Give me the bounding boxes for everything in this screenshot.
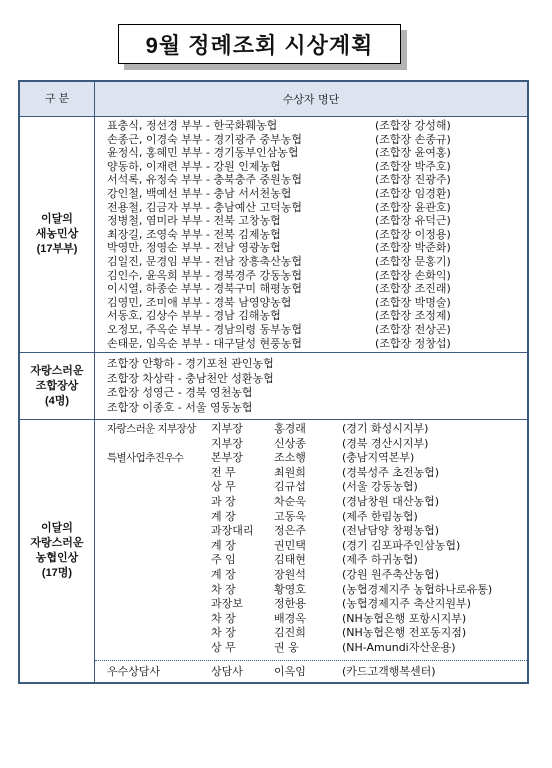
name-text: 권 웅 bbox=[274, 641, 342, 656]
name-text: 정한용 bbox=[274, 597, 342, 612]
name-text: 배경옥 bbox=[274, 612, 342, 627]
couple-text: 서동호, 김상수 부부 - 경남 김해농협 bbox=[107, 309, 375, 323]
position-text: 전 무 bbox=[211, 466, 274, 481]
chair-text: (조합장 손종규) bbox=[375, 133, 451, 147]
list-item: 계 장고동욱(제주 한림농협) bbox=[107, 510, 527, 525]
couple-text: 양동하, 이재련 부부 - 강원 인제농협 bbox=[107, 160, 375, 174]
table-row-nh-person-award: 이달의 자랑스러운 농협인상 (17명) 자랑스러운 지부장상지부장홍경래(경기… bbox=[19, 420, 528, 683]
list-item: 특별사업추진우수본부장조소행(충남지역본부) bbox=[107, 451, 527, 466]
category-new-farmer-award: 이달의 새농민상 (17부부) bbox=[19, 117, 95, 353]
org-text: (NH-Amundi자산운용) bbox=[342, 641, 456, 656]
chair-text: (조합장 진광주) bbox=[375, 173, 451, 187]
list-item: 정병철, 염미라 부부 - 전북 고창농협(조합장 유덕근) bbox=[107, 214, 527, 228]
list-item: 조합장 이종호 - 서울 영동농협 bbox=[107, 401, 527, 416]
name-text: 최원희 bbox=[274, 466, 342, 481]
org-text: (서울 강동농협) bbox=[342, 480, 418, 495]
chair-text: (조합장 이정용) bbox=[375, 228, 451, 242]
chair-text: (조합장 박준화) bbox=[375, 241, 451, 255]
group-text bbox=[107, 626, 211, 641]
category-label-line: 농협인상 bbox=[20, 551, 94, 566]
list-item: 강인철, 백예선 부부 - 충남 서서천농협(조합장 임경환) bbox=[107, 187, 527, 201]
chair-text: (조합장 전상곤) bbox=[375, 323, 451, 337]
group-text bbox=[107, 583, 211, 598]
list-item: 손태문, 임옥순 부부 - 대구달성 현풍농협(조합장 정창섭) bbox=[107, 337, 527, 351]
chair-text: (조합장 조정제) bbox=[375, 309, 451, 323]
list-item: 전 무최원희(경북성주 초전농협) bbox=[107, 466, 527, 481]
org-text: (NH농협은행 포항시지부) bbox=[342, 612, 466, 627]
list-item: 표충식, 정선경 부부 - 한국화훼농협(조합장 강성해) bbox=[107, 119, 527, 133]
list-item: 전용철, 김금자 부부 - 충남예산 고덕농협(조합장 윤관호) bbox=[107, 201, 527, 215]
page-title: 9월 정례조회 시상계획 bbox=[118, 24, 401, 64]
group-text: 특별사업추진우수 bbox=[107, 451, 211, 466]
position-text: 계 장 bbox=[211, 539, 274, 554]
list-item: 지부장신상종(경북 경산시지부) bbox=[107, 437, 527, 452]
position-text: 계 장 bbox=[211, 510, 274, 525]
group-text bbox=[107, 495, 211, 510]
list-item: 주 임김태현(제주 하귀농협) bbox=[107, 553, 527, 568]
list-item: 계 장장원석(강원 원주축산농협) bbox=[107, 568, 527, 583]
group-text bbox=[107, 612, 211, 627]
org-text: (경남창원 대산농협) bbox=[342, 495, 439, 510]
org-text: (전남담양 창평농협) bbox=[342, 524, 439, 539]
table-header-row: 구 분 수상자 명단 bbox=[19, 81, 528, 117]
name-text: 황영호 bbox=[274, 583, 342, 598]
table-row-chairman-award: 자랑스러운 조합장상 (4명) 조합장 안황하 - 경기포천 관인농협 조합장 … bbox=[19, 353, 528, 420]
couple-text: 최장길, 조영숙 부부 - 전북 김제농협 bbox=[107, 228, 375, 242]
position-text: 주 임 bbox=[211, 553, 274, 568]
position-text: 상담사 bbox=[211, 664, 274, 680]
couple-text: 김인수, 윤옥희 부부 - 경북경주 강동농협 bbox=[107, 269, 375, 283]
org-text: (카드고객행복센터) bbox=[342, 664, 436, 680]
org-text: (경기 김포파주인삼농협) bbox=[342, 539, 460, 554]
chair-text: (조합장 강성해) bbox=[375, 119, 451, 133]
position-text: 상 무 bbox=[211, 480, 274, 495]
org-text: (NH농협은행 전포동지점) bbox=[342, 626, 466, 641]
category-count: (17부부) bbox=[20, 242, 94, 257]
list-item: 조합장 차상락 - 충남천안 성환농협 bbox=[107, 372, 527, 387]
group-text bbox=[107, 597, 211, 612]
list-item: 과 장차순욱(경남창원 대산농협) bbox=[107, 495, 527, 510]
position-text: 지부장 bbox=[211, 422, 274, 437]
position-text: 과장보 bbox=[211, 597, 274, 612]
list-item: 양동하, 이재련 부부 - 강원 인제농협(조합장 박주호) bbox=[107, 160, 527, 174]
name-text: 고동욱 bbox=[274, 510, 342, 525]
category-label-line: 이달의 bbox=[20, 212, 94, 227]
position-text: 차 장 bbox=[211, 583, 274, 598]
couple-text: 서석록, 유정숙 부부 - 충북충주 중원농협 bbox=[107, 173, 375, 187]
group-text: 우수상담사 bbox=[107, 664, 211, 680]
category-label-line: 자랑스러운 bbox=[20, 364, 94, 379]
category-count: (17명) bbox=[20, 566, 94, 581]
chairman-list: 조합장 안황하 - 경기포천 관인농협 조합장 차상락 - 충남천안 성환농협 … bbox=[95, 353, 529, 420]
couple-text: 정병철, 염미라 부부 - 전북 고창농협 bbox=[107, 214, 375, 228]
list-item: 과장대리정은주(전남담양 창평농협) bbox=[107, 524, 527, 539]
category-count: (4명) bbox=[20, 394, 94, 409]
header-recipients: 수상자 명단 bbox=[95, 81, 529, 117]
name-text: 장원석 bbox=[274, 568, 342, 583]
category-label-line: 이달의 bbox=[20, 521, 94, 536]
position-text: 계 장 bbox=[211, 568, 274, 583]
group-text bbox=[107, 641, 211, 656]
list-item: 차 장배경옥(NH농협은행 포항시지부) bbox=[107, 612, 527, 627]
list-item: 윤정식, 홍혜민 부부 - 경기동부인삼농협(조합장 윤여홍) bbox=[107, 146, 527, 160]
name-text: 신상종 bbox=[274, 437, 342, 452]
category-label-line: 자랑스러운 bbox=[20, 536, 94, 551]
org-text: (충남지역본부) bbox=[342, 451, 414, 466]
org-text: (경북성주 초전농협) bbox=[342, 466, 439, 481]
group-text bbox=[107, 524, 211, 539]
name-text: 이옥임 bbox=[274, 664, 342, 680]
couple-text: 전용철, 김금자 부부 - 충남예산 고덕농협 bbox=[107, 201, 375, 215]
category-nh-person-award: 이달의 자랑스러운 농협인상 (17명) bbox=[19, 420, 95, 683]
list-item: 이시열, 하종순 부부 - 경북구미 해평농협(조합장 조진래) bbox=[107, 282, 527, 296]
name-text: 권민택 bbox=[274, 539, 342, 554]
chair-text: (조합장 문홍기) bbox=[375, 255, 451, 269]
org-text: (농협경제지주 농협하나로유통) bbox=[342, 583, 492, 598]
chair-text: (조합장 윤관호) bbox=[375, 201, 451, 215]
header-category: 구 분 bbox=[19, 81, 95, 117]
list-item: 박영만, 정영순 부부 - 전남 영광농협(조합장 박준화) bbox=[107, 241, 527, 255]
group-text bbox=[107, 539, 211, 554]
group-text bbox=[107, 553, 211, 568]
list-item: 오정모, 주옥순 부부 - 경남의령 동부농협(조합장 전상곤) bbox=[107, 323, 527, 337]
org-text: (제주 한림농협) bbox=[342, 510, 418, 525]
couple-text: 이시열, 하종순 부부 - 경북구미 해평농협 bbox=[107, 282, 375, 296]
table-row-new-farmer-award: 이달의 새농민상 (17부부) 표충식, 정선경 부부 - 한국화훼농협(조합장… bbox=[19, 117, 528, 353]
position-text: 상 무 bbox=[211, 641, 274, 656]
couple-text: 김영민, 조미애 부부 - 경북 남영양농협 bbox=[107, 296, 375, 310]
awards-table: 구 분 수상자 명단 이달의 새농민상 (17부부) 표충식, 정선경 부부 -… bbox=[18, 80, 529, 684]
position-text: 과장대리 bbox=[211, 524, 274, 539]
org-text: (경북 경산시지부) bbox=[342, 437, 428, 452]
list-item: 최장길, 조영숙 부부 - 전북 김제농협(조합장 이정용) bbox=[107, 228, 527, 242]
list-item: 우수상담사상담사이옥임(카드고객행복센터) bbox=[107, 664, 527, 680]
category-label-line: 새농민상 bbox=[20, 227, 94, 242]
org-text: (농협경제지주 축산지원부) bbox=[342, 597, 471, 612]
list-item: 손종근, 이경숙 부부 - 경기광주 중부농협(조합장 손종규) bbox=[107, 133, 527, 147]
name-text: 홍경래 bbox=[274, 422, 342, 437]
list-item: 김일진, 문경임 부부 - 전남 장흥축산농협(조합장 문홍기) bbox=[107, 255, 527, 269]
list-item: 상 무김규섭(서울 강동농협) bbox=[107, 480, 527, 495]
list-item: 계 장권민택(경기 김포파주인삼농협) bbox=[107, 539, 527, 554]
group-text bbox=[107, 568, 211, 583]
group-text bbox=[107, 466, 211, 481]
group-text: 자랑스러운 지부장상 bbox=[107, 422, 211, 437]
list-item: 서석록, 유정숙 부부 - 충북충주 중원농협(조합장 진광주) bbox=[107, 173, 527, 187]
list-item: 차 장김진희(NH농협은행 전포동지점) bbox=[107, 626, 527, 641]
counselor-section: 우수상담사상담사이옥임(카드고객행복센터) bbox=[95, 660, 527, 680]
name-text: 조소행 bbox=[274, 451, 342, 466]
list-item: 상 무권 웅(NH-Amundi자산운용) bbox=[107, 641, 527, 656]
chair-text: (조합장 박주호) bbox=[375, 160, 451, 174]
position-text: 차 장 bbox=[211, 626, 274, 641]
name-text: 김규섭 bbox=[274, 480, 342, 495]
org-text: (제주 하귀농협) bbox=[342, 553, 418, 568]
position-text: 과 장 bbox=[211, 495, 274, 510]
list-item: 자랑스러운 지부장상지부장홍경래(경기 화성시지부) bbox=[107, 422, 527, 437]
org-text: (경기 화성시지부) bbox=[342, 422, 428, 437]
nh-person-list: 자랑스러운 지부장상지부장홍경래(경기 화성시지부) 지부장신상종(경북 경산시… bbox=[95, 420, 529, 683]
couple-text: 강인철, 백예선 부부 - 충남 서서천농협 bbox=[107, 187, 375, 201]
chair-text: (조합장 박명술) bbox=[375, 296, 451, 310]
couple-text: 오정모, 주옥순 부부 - 경남의령 동부농협 bbox=[107, 323, 375, 337]
chair-text: (조합장 임경환) bbox=[375, 187, 451, 201]
position-text: 지부장 bbox=[211, 437, 274, 452]
list-item: 조합장 안황하 - 경기포천 관인농협 bbox=[107, 357, 527, 372]
list-item: 조합장 성영근 - 경북 영천농협 bbox=[107, 386, 527, 401]
name-text: 김진희 bbox=[274, 626, 342, 641]
couple-text: 박영만, 정영순 부부 - 전남 영광농협 bbox=[107, 241, 375, 255]
chair-text: (조합장 손화익) bbox=[375, 269, 451, 283]
group-text bbox=[107, 437, 211, 452]
position-text: 차 장 bbox=[211, 612, 274, 627]
name-text: 차순욱 bbox=[274, 495, 342, 510]
couple-text: 손태문, 임옥순 부부 - 대구달성 현풍농협 bbox=[107, 337, 375, 351]
list-item: 과장보정한용(농협경제지주 축산지원부) bbox=[107, 597, 527, 612]
couple-text: 김일진, 문경임 부부 - 전남 장흥축산농협 bbox=[107, 255, 375, 269]
chair-text: (조합장 정창섭) bbox=[375, 337, 451, 351]
group-text bbox=[107, 510, 211, 525]
list-item: 김영민, 조미애 부부 - 경북 남영양농협(조합장 박명술) bbox=[107, 296, 527, 310]
org-text: (강원 원주축산농협) bbox=[342, 568, 439, 583]
list-item: 서동호, 김상수 부부 - 경남 김해농협(조합장 조정제) bbox=[107, 309, 527, 323]
couple-text: 손종근, 이경숙 부부 - 경기광주 중부농협 bbox=[107, 133, 375, 147]
group-text bbox=[107, 480, 211, 495]
category-label-line: 조합장상 bbox=[20, 379, 94, 394]
list-item: 차 장황영호(농협경제지주 농협하나로유통) bbox=[107, 583, 527, 598]
chair-text: (조합장 조진래) bbox=[375, 282, 451, 296]
couple-text: 윤정식, 홍혜민 부부 - 경기동부인삼농협 bbox=[107, 146, 375, 160]
list-item: 김인수, 윤옥희 부부 - 경북경주 강동농협(조합장 손화익) bbox=[107, 269, 527, 283]
title-block: 9월 정례조회 시상계획 bbox=[118, 24, 401, 64]
chair-text: (조합장 유덕근) bbox=[375, 214, 451, 228]
name-text: 정은주 bbox=[274, 524, 342, 539]
chair-text: (조합장 윤여홍) bbox=[375, 146, 451, 160]
new-farmer-list: 표충식, 정선경 부부 - 한국화훼농협(조합장 강성해) 손종근, 이경숙 부… bbox=[95, 117, 529, 353]
position-text: 본부장 bbox=[211, 451, 274, 466]
name-text: 김태현 bbox=[274, 553, 342, 568]
couple-text: 표충식, 정선경 부부 - 한국화훼농협 bbox=[107, 119, 375, 133]
category-chairman-award: 자랑스러운 조합장상 (4명) bbox=[19, 353, 95, 420]
